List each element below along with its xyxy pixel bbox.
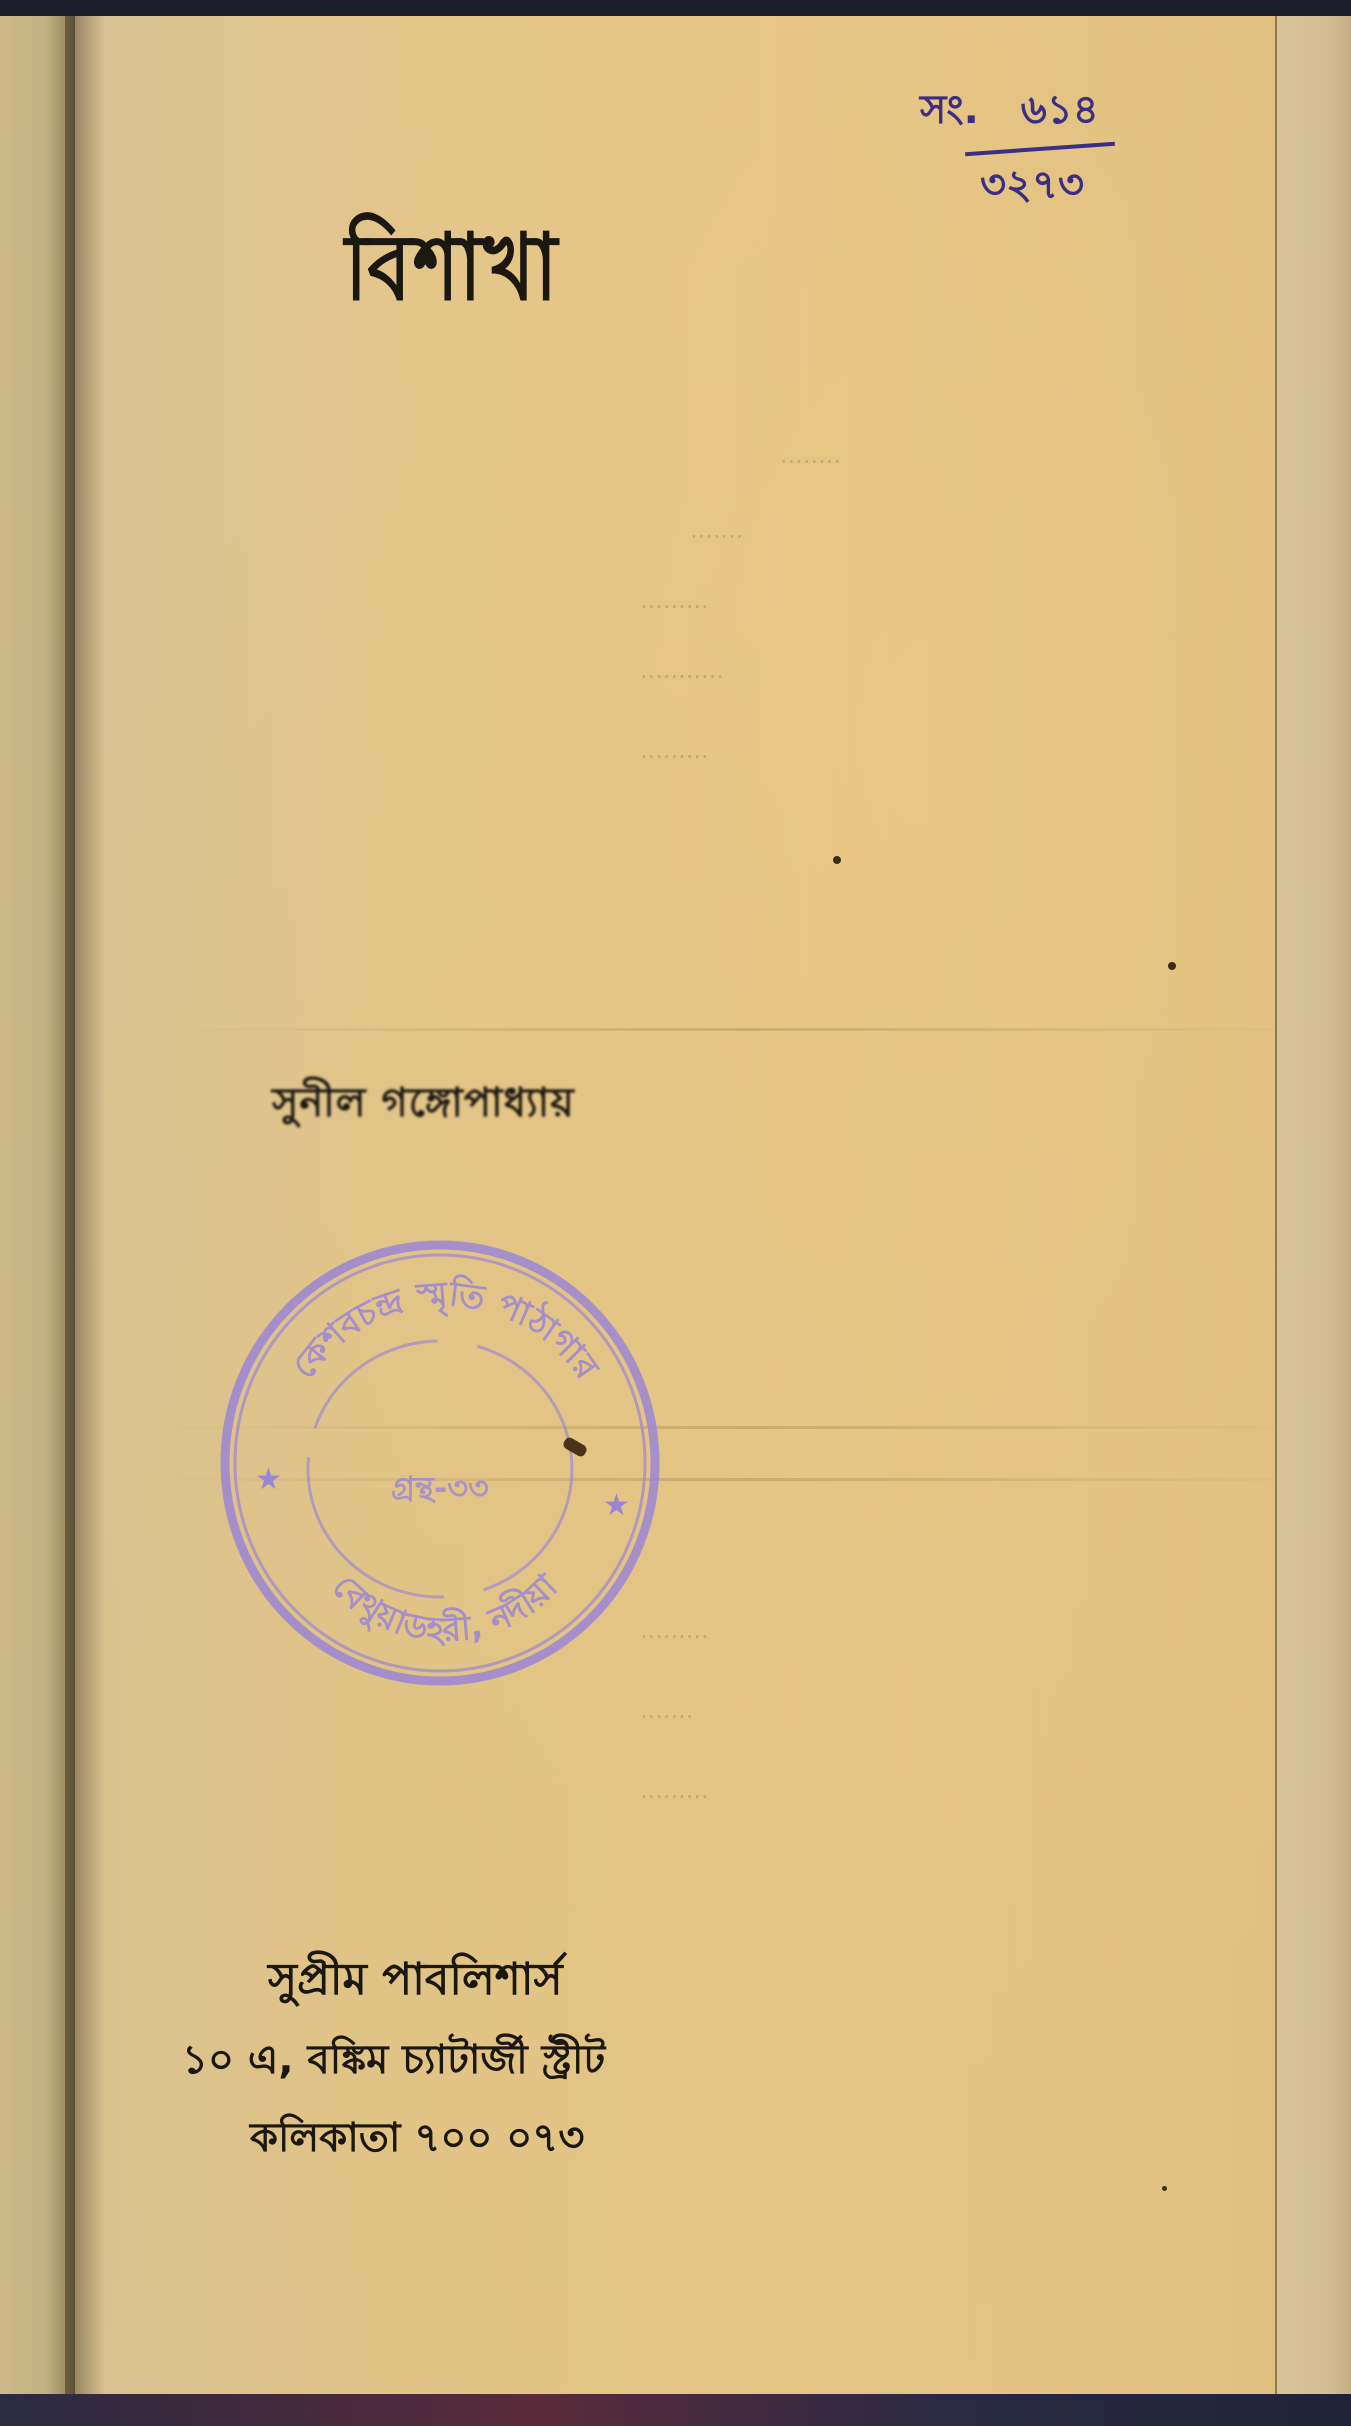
publisher-city: কলিকাতা ৭০০ ০৭৩ <box>250 2106 584 2173</box>
bleed-through-line: ......... <box>640 1776 709 1804</box>
facing-page-edge <box>0 16 75 2410</box>
publisher-address: ১০ এ, বঙ্কিম চ্যাটার্জী স্ট্রীট <box>182 2028 605 2095</box>
star-icon: ★ <box>603 1488 630 1523</box>
call-number-prefix: সং. <box>920 87 979 133</box>
paper-speck <box>833 856 841 864</box>
author-name: সুনীল গঙ্গোপাধ্যায় <box>272 1071 575 1138</box>
book-title: বিশাখা <box>345 196 559 350</box>
call-number-numerator: ৬১৪ <box>1021 87 1099 133</box>
publisher-name: সুপ্রীম পাবলিশার্স <box>268 1946 563 2019</box>
star-icon: ★ <box>255 1462 282 1497</box>
paper-crease <box>150 1028 1350 1031</box>
scanned-page: ........ ....... ......... ........... .… <box>0 16 1351 2410</box>
stamp-center-text: গ্রন্থ-৩৩ <box>391 1469 489 1507</box>
stamp-top-text: কেশবচন্দ্র স্মৃতি পাঠাগার <box>284 1273 607 1387</box>
book-gutter-shadow <box>65 16 105 2410</box>
svg-text:কেশবচন্দ্র স্মৃতি পাঠাগার: কেশবচন্দ্র স্মৃতি পাঠাগার <box>284 1273 607 1387</box>
bleed-through-line: ......... <box>640 586 709 614</box>
bleed-through-line: ........ <box>780 441 841 469</box>
next-page-edge <box>1275 16 1351 2410</box>
stamp-bottom-text: বেথুয়াডহরী, নদীয়া <box>324 1566 566 1651</box>
library-stamp: কেশবচন্দ্র স্মৃতি পাঠাগার বেথুয়াডহরী, ন… <box>215 1231 670 1691</box>
bleed-through-line: ......... <box>640 736 709 764</box>
scanner-bed-edge <box>0 2394 1351 2426</box>
bleed-through-line: ....... <box>640 1696 693 1724</box>
paper-speck <box>1168 962 1176 970</box>
handwritten-call-number: সং. ৬১৪ ৩২৭৩ <box>920 78 1115 220</box>
stamp-seal-icon: কেশবচন্দ্র স্মৃতি পাঠাগার বেথুয়াডহরী, ন… <box>215 1231 670 1691</box>
svg-text:বেথুয়াডহরী, নদীয়া: বেথুয়াডহরী, নদীয়া <box>324 1566 566 1651</box>
paper-speck <box>1162 2186 1167 2191</box>
bleed-through-line: ....... <box>690 516 743 544</box>
bleed-through-line: ........... <box>640 656 724 684</box>
call-number-denominator: ৩২৭৩ <box>980 153 1115 220</box>
